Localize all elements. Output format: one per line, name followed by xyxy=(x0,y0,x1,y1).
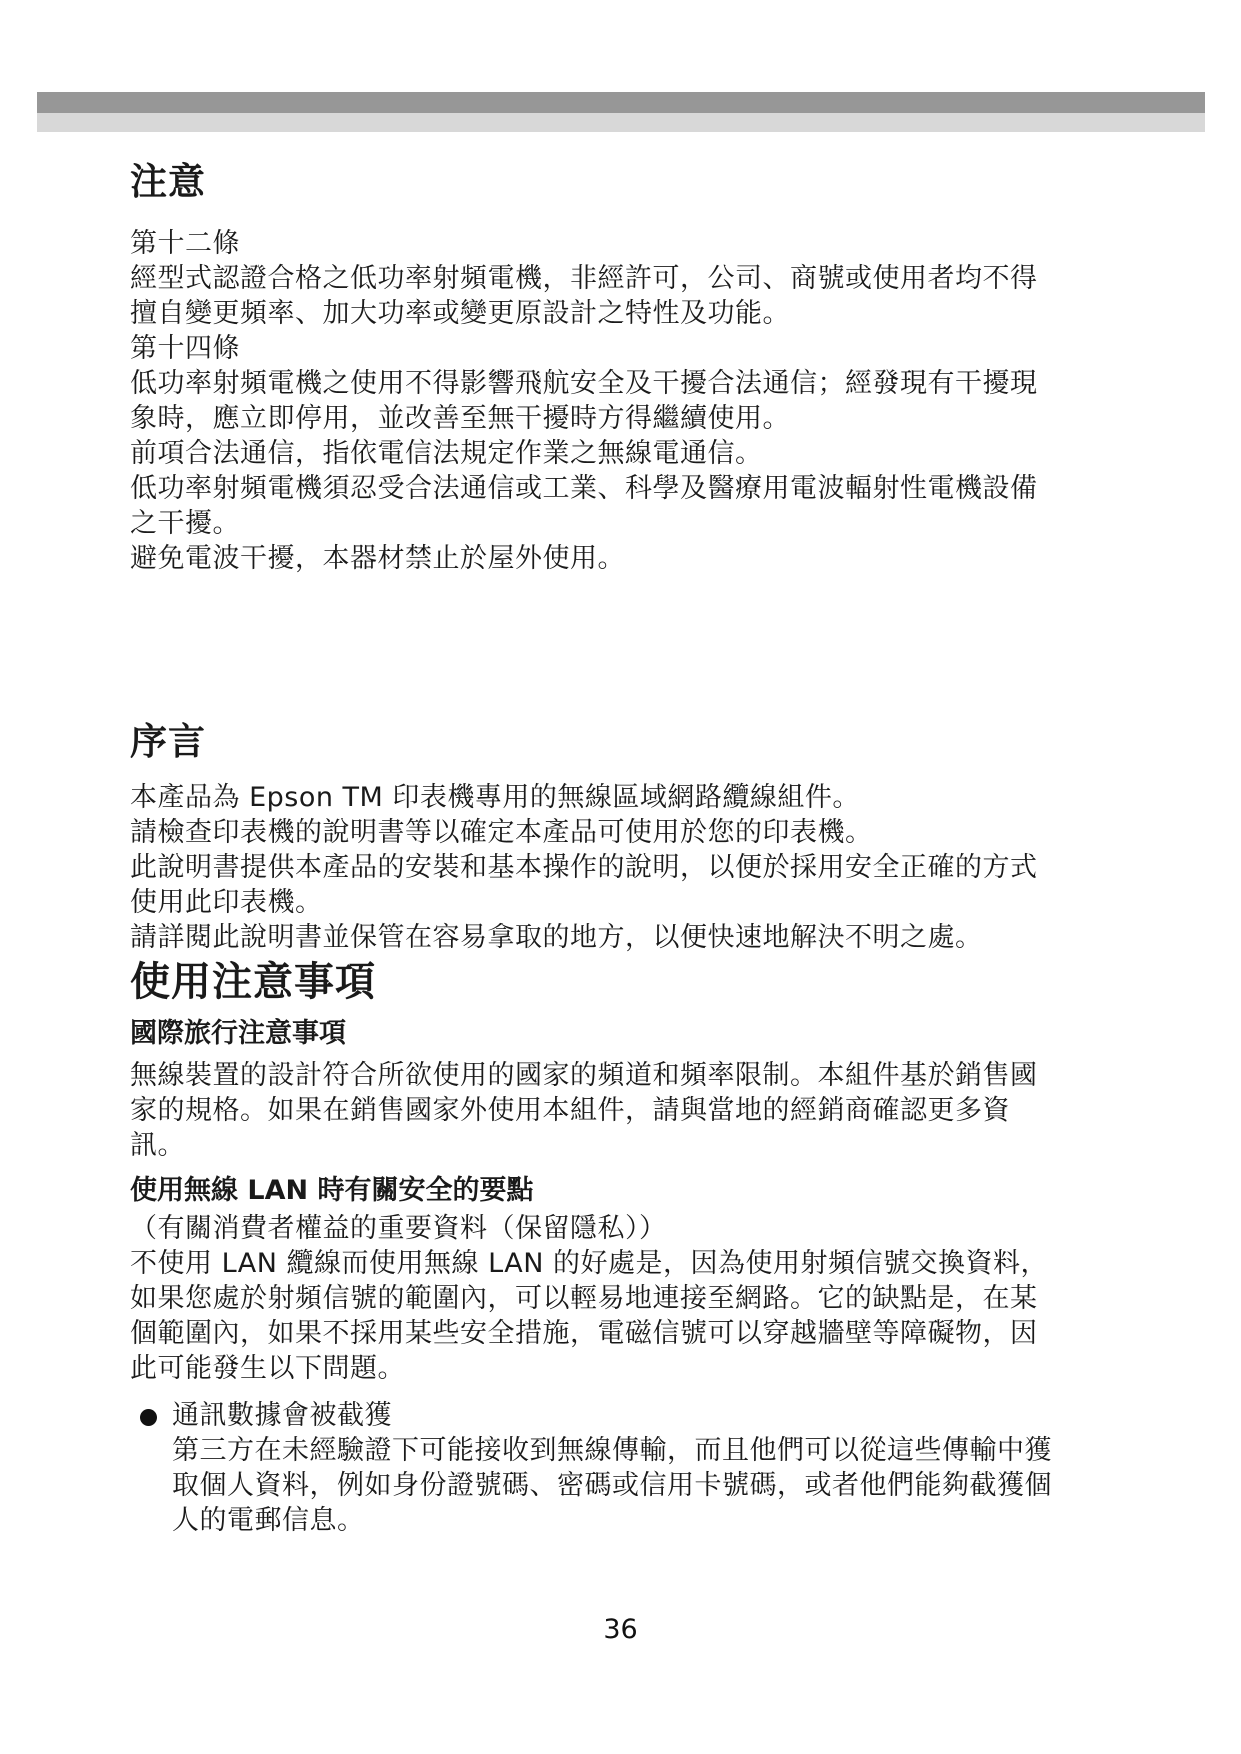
preface-line: 使用此印表機。 xyxy=(130,885,1120,920)
preface-title: 序言 xyxy=(130,710,1120,774)
security-subtitle: （有關消費者權益的重要資料（保留隱私）） xyxy=(130,1211,1120,1246)
preface-section: 序言 本產品為 Epson TM 印表機專用的無線區域網路纜線組件。 請檢查印表… xyxy=(130,710,1120,955)
travel-heading: 國際旅行注意事項 xyxy=(130,1014,1120,1054)
article14-line: 低功率射頻電機須忍受合法通信或工業、科學及醫療用電波輻射性電機設備 xyxy=(130,471,1120,506)
article14-line: 之干擾。 xyxy=(130,506,1120,541)
usage-title: 使用注意事項 xyxy=(130,950,1120,1014)
article14-line: 避免電波干擾，本器材禁止於屋外使用。 xyxy=(130,541,1120,576)
notice-section: 注意 第十二條 經型式認證合格之低功率射頻電機，非經許可，公司、商號或使用者均不… xyxy=(130,150,1120,576)
security-line: 如果您處於射頻信號的範圍內，可以輕易地連接至網路。它的缺點是，在某 xyxy=(130,1281,1120,1316)
preface-line: 本產品為 Epson TM 印表機專用的無線區域網路纜線組件。 xyxy=(130,780,1120,815)
header-band-light xyxy=(37,113,1205,132)
preface-line: 此說明書提供本產品的安裝和基本操作的說明，以便於採用安全正確的方式 xyxy=(130,850,1120,885)
article14-line: 象時，應立即停用，並改善至無干擾時方得繼續使用。 xyxy=(130,401,1120,436)
notice-body: 第十二條 經型式認證合格之低功率射頻電機，非經許可，公司、商號或使用者均不得 擅… xyxy=(130,226,1120,576)
bullet-line: 取個人資料，例如身份證號碼、密碼或信用卡號碼，或者他們能夠截獲個 xyxy=(172,1468,1120,1503)
bullet-title: 通訊數據會被截獲 xyxy=(172,1398,1120,1433)
preface-line: 請檢查印表機的說明書等以確定本產品可使用於您的印表機。 xyxy=(130,815,1120,850)
article14-label: 第十四條 xyxy=(130,331,1120,366)
page-number: 36 xyxy=(0,1614,1241,1645)
article14-line: 前項合法通信，指依電信法規定作業之無線電通信。 xyxy=(130,436,1120,471)
usage-section: 使用注意事項 國際旅行注意事項 無線裝置的設計符合所欲使用的國家的頻道和頻率限制… xyxy=(130,950,1120,1538)
travel-subsection: 國際旅行注意事項 無線裝置的設計符合所欲使用的國家的頻道和頻率限制。本組件基於銷… xyxy=(130,1014,1120,1163)
security-line: 個範圍內，如果不採用某些安全措施，電磁信號可以穿越牆壁等障礙物，因 xyxy=(130,1316,1120,1351)
security-line: 不使用 LAN 纜線而使用無線 LAN 的好處是，因為使用射頻信號交換資料， xyxy=(130,1246,1120,1281)
article12-label: 第十二條 xyxy=(130,226,1120,261)
article12-line: 經型式認證合格之低功率射頻電機，非經許可，公司、商號或使用者均不得 xyxy=(130,261,1120,296)
notice-title: 注意 xyxy=(130,150,1120,214)
security-line: 此可能發生以下問題。 xyxy=(130,1351,1120,1386)
security-heading: 使用無線 LAN 時有關安全的要點 xyxy=(130,1171,1120,1211)
bullet-dot-icon xyxy=(140,1409,157,1426)
travel-line: 家的規格。如果在銷售國家外使用本組件，請與當地的經銷商確認更多資 xyxy=(130,1093,1120,1128)
travel-line: 無線裝置的設計符合所欲使用的國家的頻道和頻率限制。本組件基於銷售國 xyxy=(130,1058,1120,1093)
travel-line: 訊。 xyxy=(130,1128,1120,1163)
bullet-line: 第三方在未經驗證下可能接收到無線傳輸，而且他們可以從這些傳輸中獲 xyxy=(172,1433,1120,1468)
security-subsection: 使用無線 LAN 時有關安全的要點 （有關消費者權益的重要資料（保留隱私）） 不… xyxy=(130,1171,1120,1538)
bullet-item: 通訊數據會被截獲 第三方在未經驗證下可能接收到無線傳輸，而且他們可以從這些傳輸中… xyxy=(130,1398,1120,1538)
header-band xyxy=(37,92,1205,132)
header-band-dark xyxy=(37,92,1205,113)
preface-body: 本產品為 Epson TM 印表機專用的無線區域網路纜線組件。 請檢查印表機的說… xyxy=(130,780,1120,955)
bullet-line: 人的電郵信息。 xyxy=(172,1503,1120,1538)
article12-line: 擅自變更頻率、加大功率或變更原設計之特性及功能。 xyxy=(130,296,1120,331)
article14-line: 低功率射頻電機之使用不得影響飛航安全及干擾合法通信；經發現有干擾現 xyxy=(130,366,1120,401)
